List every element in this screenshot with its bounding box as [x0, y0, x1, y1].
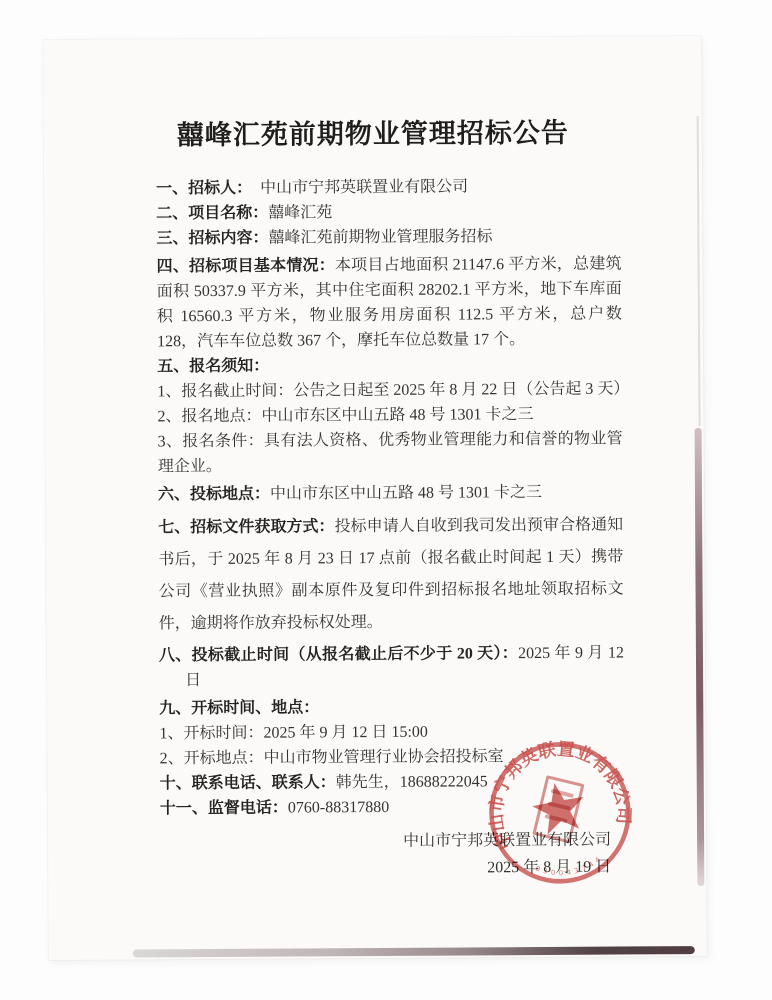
scan-edge-artifact — [133, 946, 695, 957]
para-project-overview: 四、招标项目基本情况：本项目占地面积 21147.6 平方米，总建筑面积 503… — [157, 251, 623, 354]
para-text: 2、报名地点：中山市东区中山五路 48 号 1301 卡之三 — [157, 406, 533, 425]
para-tender-content: 三、招标内容：囍峰汇苑前期物业管理服务招标 — [156, 223, 621, 251]
document-title: 囍峰汇苑前期物业管理招标公告 — [44, 110, 702, 153]
para-tenderer: 一、招标人： 中山市宁邦英联置业有限公司 — [156, 173, 621, 201]
para-label: 六、投标地点： — [158, 486, 270, 504]
para-signup-location: 2、报名地点：中山市东区中山五路 48 号 1301 卡之三 — [157, 401, 622, 429]
scan-edge-artifact — [695, 428, 705, 886]
para-label: 九、开标时间、地点： — [159, 699, 319, 717]
para-text: 囍峰汇苑 — [268, 204, 332, 221]
para-label: 一、招标人： — [156, 180, 244, 198]
para-text: 3、报名条件：具有法人资格、优秀物业管理能力和信誉的物业管理企业。 — [158, 430, 623, 475]
para-project-name: 二、项目名称：囍峰汇苑 — [156, 198, 621, 226]
para-text: 1、报名截止时间：公告之日起至 2025 年 8 月 22 日（公告起 3 天） — [157, 380, 629, 400]
para-label: 十、联系电话、联系人： — [160, 774, 336, 792]
para-text: 中山市东区中山五路 48 号 1301 卡之三 — [270, 484, 542, 503]
para-text: 囍峰汇苑前期物业管理服务招标 — [268, 228, 492, 246]
para-text: 中山市宁邦英联置业有限公司 — [244, 178, 468, 196]
para-label: 二、项目名称： — [156, 205, 268, 223]
scanned-page: 囍峰汇苑前期物业管理招标公告 一、招标人： 中山市宁邦英联置业有限公司 二、项目… — [0, 0, 772, 1000]
para-text: 0760-88317880 — [288, 799, 389, 817]
para-text: 韩先生，18688222045 — [336, 773, 488, 791]
para-text: 1、开标时间：2025 年 9 月 12 日 15:00 — [159, 724, 428, 743]
para-label: 五、报名须知： — [157, 358, 269, 376]
para-opening-section: 九、开标时间、地点： — [159, 693, 624, 721]
para-text: 2、开标地点：中山市物业管理行业协会招投标室 — [160, 748, 504, 767]
para-signup-conditions: 3、报名条件：具有法人资格、优秀物业管理能力和信誉的物业管理企业。 — [158, 426, 623, 479]
para-label: 三、招标内容： — [156, 230, 268, 248]
para-opening-time: 1、开标时间：2025 年 9 月 12 日 15:00 — [159, 718, 624, 746]
para-document-acquisition: 七、招标文件获取方式：投标申请人自收到我司发出预审合格通知书后，于 2025 年… — [158, 509, 624, 640]
para-label: 七、招标文件获取方式： — [158, 518, 334, 536]
para-signup-notice: 五、报名须知： — [157, 351, 622, 379]
para-label: 八、投标截止时间（从报名截止后不少于 20 天）： — [159, 645, 518, 664]
para-signup-deadline: 1、报名截止时间：公告之日起至 2025 年 8 月 22 日（公告起 3 天） — [157, 376, 622, 404]
scan-edge-artifact — [697, 116, 701, 426]
para-label: 四、招标项目基本情况： — [157, 257, 335, 275]
para-label: 十一、监督电话： — [160, 800, 288, 818]
signature-date: 2025 年 8 月 19 日 — [160, 854, 611, 884]
para-bid-deadline: 八、投标截止时间（从报名截止后不少于 20 天）：2025 年 9 月 12 日 — [159, 640, 624, 693]
document-body: 一、招标人： 中山市宁邦英联置业有限公司 二、项目名称：囍峰汇苑 三、招标内容：… — [44, 173, 625, 884]
para-bid-location: 六、投标地点：中山市东区中山五路 48 号 1301 卡之三 — [158, 479, 623, 507]
document-paper: 囍峰汇苑前期物业管理招标公告 一、招标人： 中山市宁邦英联置业有限公司 二、项目… — [43, 36, 707, 960]
para-opening-location: 2、开标地点：中山市物业管理行业协会招投标室 — [160, 743, 625, 771]
